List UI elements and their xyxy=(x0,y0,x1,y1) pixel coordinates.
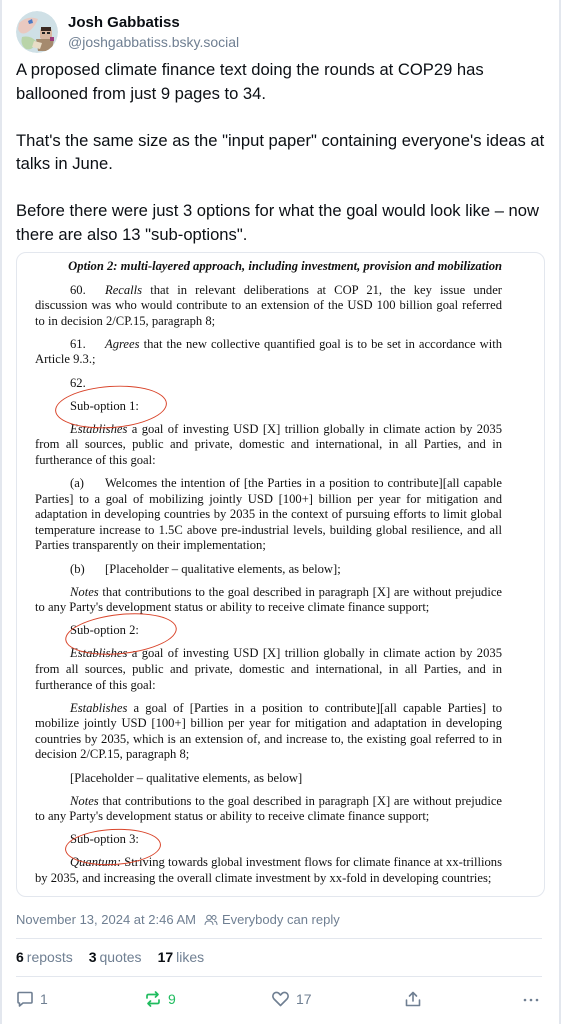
sub-option-2-label: Sub-option 2: xyxy=(35,623,502,639)
notes-2: Notes that contributions to the goal des… xyxy=(35,794,502,825)
doc-paragraph-62: 62. xyxy=(35,376,502,392)
doc-verb: Recalls xyxy=(105,283,142,297)
avatar[interactable] xyxy=(16,11,58,53)
author-display-name[interactable]: Josh Gabbatiss xyxy=(68,13,239,33)
doc-text: that contributions to the goal described… xyxy=(35,794,502,824)
avatar-illustration-icon xyxy=(16,11,58,53)
ellipsis-icon xyxy=(522,990,540,1008)
quotes-stat[interactable]: 3quotes xyxy=(89,949,142,965)
doc-paragraph-60: 60.Recalls that in relevant deliberation… xyxy=(35,283,502,330)
post-timestamp[interactable]: November 13, 2024 at 2:46 AM xyxy=(16,912,196,927)
sub-option-1-label: Sub-option 1: xyxy=(35,399,502,415)
post-paragraph: A proposed climate finance text doing th… xyxy=(16,58,548,105)
reposts-count: 6 xyxy=(16,949,24,965)
reposts-stat[interactable]: 6reposts xyxy=(16,949,73,965)
reply-setting: Everybody can reply xyxy=(222,912,340,927)
sub-option-2-text: Establishes a goal of investing USD [X] … xyxy=(35,646,502,693)
post-actions: 1 9 17 xyxy=(16,990,542,1012)
notes-1: Notes that contributions to the goal des… xyxy=(35,585,502,616)
doc-text: [Placeholder – qualitative elements, as … xyxy=(105,562,341,576)
heart-icon xyxy=(271,990,290,1008)
doc-verb: Agrees xyxy=(105,337,140,351)
doc-text: Welcomes the intention of [the Parties i… xyxy=(35,476,502,552)
reposts-label: reposts xyxy=(27,949,73,965)
likes-count: 17 xyxy=(158,949,174,965)
document-excerpt: Option 2: multi-layered approach, includ… xyxy=(35,259,502,894)
doc-text: that contributions to the goal described… xyxy=(35,585,502,615)
doc-paragraph-61: 61.Agrees that the new collective quanti… xyxy=(35,337,502,368)
post-image[interactable]: Option 2: multi-layered approach, includ… xyxy=(16,252,545,897)
placeholder-2: [Placeholder – qualitative elements, as … xyxy=(35,771,502,787)
post-header: Josh Gabbatiss @joshgabbatiss.bsky.socia… xyxy=(16,11,239,53)
post-stats: 6reposts 3quotes 17likes xyxy=(16,949,220,965)
people-icon xyxy=(204,914,218,926)
doc-verb: Notes xyxy=(70,794,99,808)
sub-option-2-text-2: Establishes a goal of [Parties in a posi… xyxy=(35,701,502,763)
repost-button[interactable]: 9 xyxy=(144,990,176,1008)
repost-icon xyxy=(144,990,162,1008)
post-text: A proposed climate finance text doing th… xyxy=(16,58,548,270)
likes-stat[interactable]: 17likes xyxy=(158,949,205,965)
paragraph-number: 60. xyxy=(70,283,105,299)
post-paragraph: That's the same size as the "input paper… xyxy=(16,129,548,176)
likes-label: likes xyxy=(176,949,204,965)
doc-verb: Establishes xyxy=(70,422,127,436)
paragraph-number: 61. xyxy=(70,337,105,353)
like-count: 17 xyxy=(296,991,312,1007)
doc-verb: Establishes xyxy=(70,646,127,660)
quotes-label: quotes xyxy=(100,949,142,965)
author-handle[interactable]: @joshgabbatiss.bsky.social xyxy=(68,33,239,51)
doc-verb: Notes xyxy=(70,585,99,599)
doc-heading: Option 2: multi-layered approach, includ… xyxy=(35,259,502,275)
divider xyxy=(16,976,542,977)
doc-verb: Establishes xyxy=(70,701,127,715)
post-paragraph: Before there were just 3 options for wha… xyxy=(16,199,548,246)
item-letter: (a) xyxy=(70,476,105,492)
like-button[interactable]: 17 xyxy=(271,990,312,1008)
reply-icon xyxy=(16,990,34,1008)
quotes-count: 3 xyxy=(89,949,97,965)
reply-count: 1 xyxy=(40,991,48,1007)
share-icon xyxy=(404,990,422,1008)
divider xyxy=(16,938,542,939)
sub-option-3-text: Quantum: Striving towards global investm… xyxy=(35,855,502,886)
sub-option-3-label: Sub-option 3: xyxy=(35,832,502,848)
post-meta: November 13, 2024 at 2:46 AM Everybody c… xyxy=(16,912,340,927)
repost-count: 9 xyxy=(168,991,176,1007)
sub-option-1-b: (b)[Placeholder – qualitative elements, … xyxy=(35,562,502,578)
doc-verb: Quantum: xyxy=(70,855,121,869)
reply-button[interactable]: 1 xyxy=(16,990,48,1008)
more-options-button[interactable] xyxy=(522,990,540,1008)
left-border xyxy=(0,0,2,1024)
sub-option-1-text: Establishes a goal of investing USD [X] … xyxy=(35,422,502,469)
share-button[interactable] xyxy=(404,990,422,1008)
item-letter: (b) xyxy=(70,562,105,578)
sub-option-1-a: (a)Welcomes the intention of [the Partie… xyxy=(35,476,502,554)
